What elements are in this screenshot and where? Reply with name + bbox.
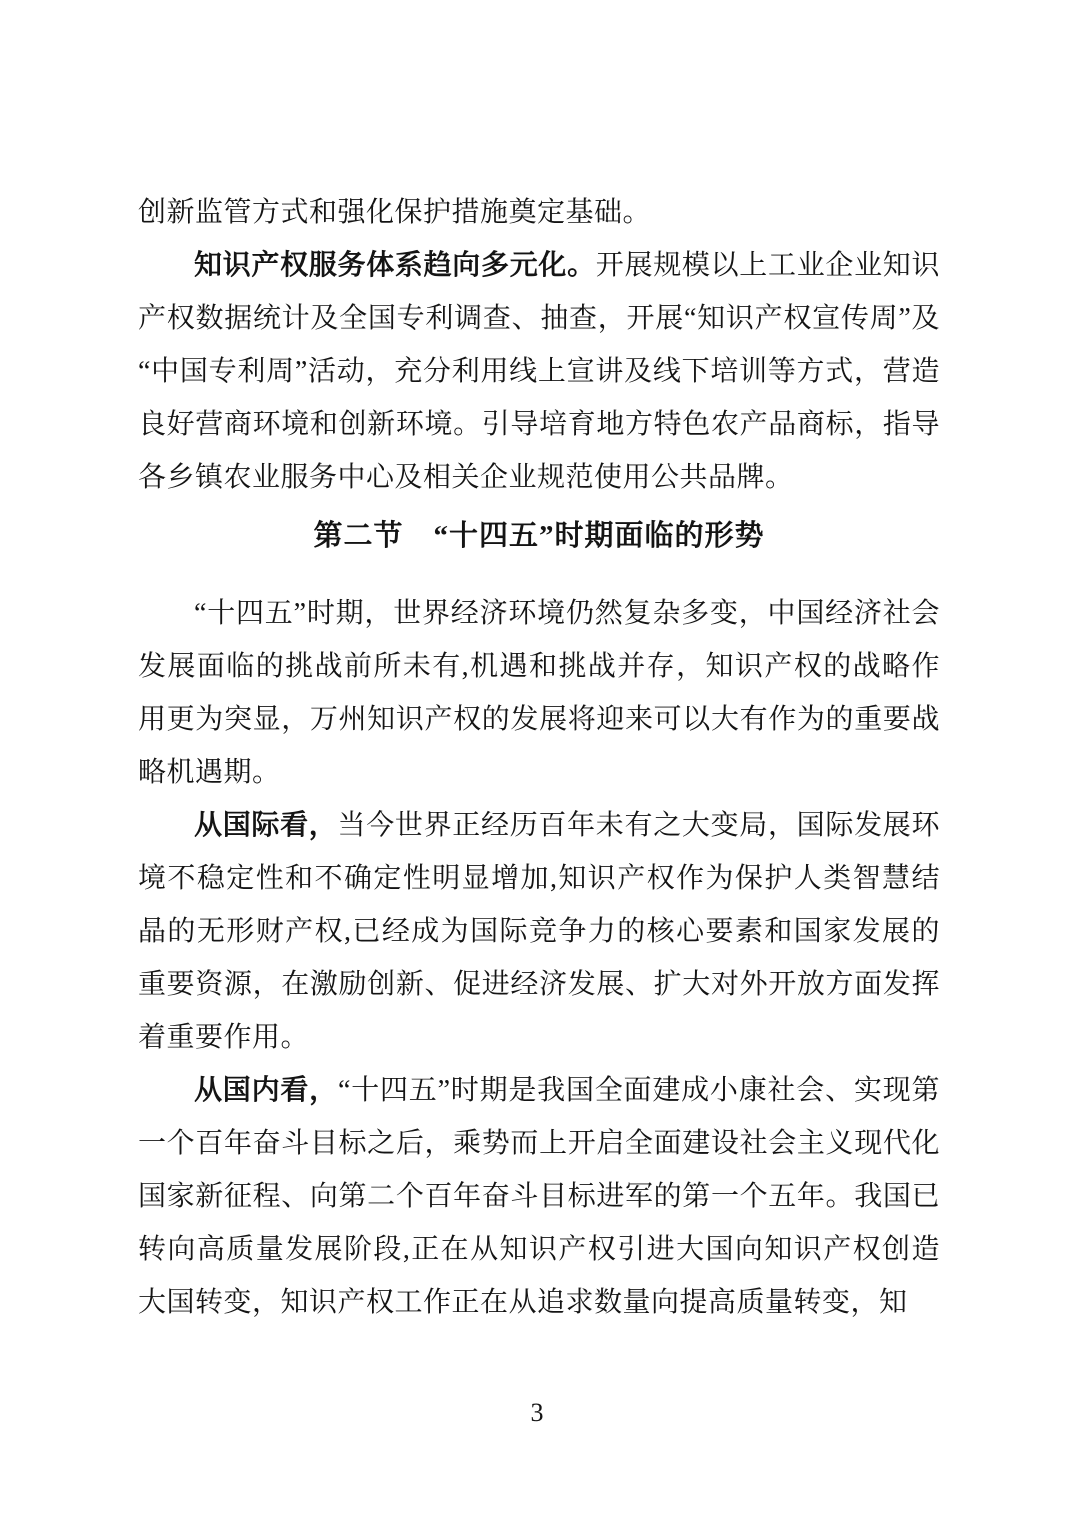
paragraph-situation: “十四五”时期，世界经济环境仍然复杂多变，中国经济社会发展面临的挑战前所未有,机… bbox=[138, 587, 940, 799]
section-heading: 第二节 “十四五”时期面临的形势 bbox=[138, 510, 940, 563]
paragraph-lead-bold: 从国内看， bbox=[194, 1075, 338, 1106]
paragraph-lead-bold: 知识产权服务体系趋向多元化。 bbox=[194, 250, 596, 281]
paragraph-text: 创新监管方式和强化保护措施奠定基础。 bbox=[138, 197, 651, 228]
paragraph-text: “十四五”时期，世界经济环境仍然复杂多变，中国经济社会发展面临的挑战前所未有,机… bbox=[138, 598, 940, 788]
document-page: 创新监管方式和强化保护措施奠定基础。 知识产权服务体系趋向多元化。开展规模以上工… bbox=[0, 0, 1074, 1520]
paragraph-text: 开展规模以上工业企业知识产权数据统计及全国专利调查、抽查，开展“知识产权宣传周”… bbox=[138, 250, 940, 493]
paragraph-domestic: 从国内看，“十四五”时期是我国全面建成小康社会、实现第一个百年奋斗目标之后，乘势… bbox=[138, 1064, 940, 1329]
paragraph-text: 当今世界正经历百年未有之大变局，国际发展环境不稳定性和不确定性明显增加,知识产权… bbox=[138, 810, 940, 1053]
document-body: 创新监管方式和强化保护措施奠定基础。 知识产权服务体系趋向多元化。开展规模以上工… bbox=[138, 186, 940, 1329]
paragraph-continuation: 创新监管方式和强化保护措施奠定基础。 bbox=[138, 186, 940, 239]
paragraph-text: “十四五”时期是我国全面建成小康社会、实现第一个百年奋斗目标之后，乘势而上开启全… bbox=[138, 1075, 940, 1318]
paragraph-services: 知识产权服务体系趋向多元化。开展规模以上工业企业知识产权数据统计及全国专利调查、… bbox=[138, 239, 940, 504]
page-number: 3 bbox=[0, 1398, 1074, 1428]
paragraph-international: 从国际看，当今世界正经历百年未有之大变局，国际发展环境不稳定性和不确定性明显增加… bbox=[138, 799, 940, 1064]
paragraph-lead-bold: 从国际看， bbox=[194, 810, 338, 841]
section-heading-text: 第二节 “十四五”时期面临的形势 bbox=[313, 520, 764, 552]
